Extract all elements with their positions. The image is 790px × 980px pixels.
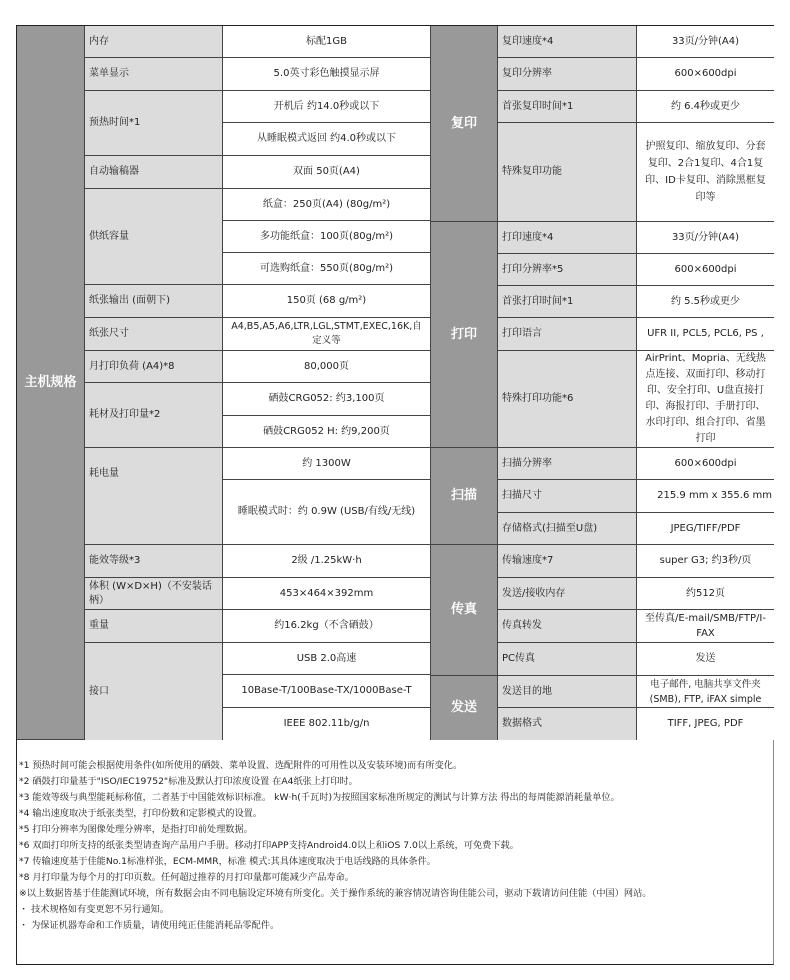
value-first-print-time: 约 5.5秒或更少 xyxy=(637,286,774,318)
footnote-5: *5 打印分辨率为图像处理分辨率，是指打印前处理数据。 xyxy=(19,822,773,838)
value-copy-resolution: 600×600dpi xyxy=(637,58,774,91)
label-copy-resolution: 复印分辨率 xyxy=(498,58,637,91)
value-print-resolution: 600×600dpi xyxy=(637,254,774,286)
category-fax: 传真 xyxy=(431,545,498,676)
label-dimensions: 体积 (W×D×H)（不安装话柄） xyxy=(85,578,223,610)
value-paper-multipurpose: 多功能纸盒：100页(80g/m²) xyxy=(223,221,431,253)
label-scan-format: 存储格式(扫描至U盘) xyxy=(498,513,637,545)
label-scan-size: 扫描尺寸 xyxy=(498,480,637,513)
label-paper-input: 供纸容量 xyxy=(85,189,223,285)
label-adf: 自动输稿器 xyxy=(85,156,223,189)
label-send-destination: 发送目的地 xyxy=(498,676,637,708)
category-send: 发送 xyxy=(431,676,498,740)
value-data-format: TIFF, JPEG, PDF xyxy=(637,708,774,740)
value-toner-standard: 硒鼓CRG052: 约3,100页 xyxy=(223,383,431,416)
label-fax-forward: 传真转发 xyxy=(498,610,637,643)
label-data-format: 数据格式 xyxy=(498,708,637,740)
value-paper-cassette: 纸盒：250页(A4) (80g/m²) xyxy=(223,189,431,221)
label-paper-output: 纸张输出 (面朝下) xyxy=(85,285,223,318)
value-pc-fax: 发送 xyxy=(637,643,774,676)
label-special-copy: 特殊复印功能 xyxy=(498,123,637,222)
value-power-max: 约 1300W xyxy=(223,448,431,480)
value-interface-usb: USB 2.0高速 xyxy=(223,643,431,675)
value-power-sleep: 睡眠模式时：约 0.9W (USB/有线/无线) xyxy=(223,480,431,545)
value-memory: 标配1GB xyxy=(223,26,431,58)
value-paper-output: 150页 (68 g/m²) xyxy=(223,285,431,318)
label-scan-resolution: 扫描分辨率 xyxy=(498,448,637,480)
value-warmup-sleep: 从睡眠模式返回 约4.0秒或以下 xyxy=(223,123,431,156)
label-interface: 接口 xyxy=(85,643,223,740)
label-copy-speed: 复印速度*4 xyxy=(498,26,637,58)
value-special-copy: 护照复印、缩放复印、分套复印、2合1复印、4合1复印、ID卡复印、消除黑框复印等 xyxy=(637,123,774,222)
value-weight: 约16.2kg（不含硒鼓） xyxy=(223,610,431,643)
category-main-spec: 主机规格 xyxy=(17,26,85,740)
value-print-language: UFR II, PCL5, PCL6, PS , xyxy=(637,318,774,351)
label-duty-cycle: 月打印负荷 (A4)*8 xyxy=(85,351,223,383)
footnote-genuine-parts: ・ 为保证机器寿命和工作质量，请使用纯正佳能消耗品零配件。 xyxy=(19,918,773,934)
footnote-4: *4 输出速度取决于纸张类型，打印份数和定影模式的设置。 xyxy=(19,806,773,822)
value-scan-resolution: 600×600dpi xyxy=(637,448,774,480)
footnote-3: *3 能效等级与典型能耗标称值，二者基于中国能效标识标准。 kW·h(千瓦时)为… xyxy=(19,790,773,806)
value-special-print: AirPrint、Mopria、无线热点连接、双面打印、移动打印、安全打印、U盘… xyxy=(637,351,774,448)
value-paper-size: A4,B5,A5,A6,LTR,LGL,STMT,EXEC,16K,自定义等 xyxy=(223,318,431,351)
footnotes: *1 预热时间可能会根据使用条件(如所使用的硒鼓、菜单设置、选配附件的可用性以及… xyxy=(16,740,774,965)
footnote-6: *6 双面打印所支持的纸张类型请查询产品用户手册。移动打印APP支持Androi… xyxy=(19,838,773,854)
label-paper-size: 纸张尺寸 xyxy=(85,318,223,351)
label-first-copy-time: 首张复印时间*1 xyxy=(498,91,637,123)
label-print-resolution: 打印分辨率*5 xyxy=(498,254,637,286)
value-interface-wireless: IEEE 802.11b/g/n xyxy=(223,708,431,740)
value-send-destination: 电子邮件, 电脑共享文件夹(SMB), FTP, iFAX simple xyxy=(637,676,774,708)
label-warmup: 预热时间*1 xyxy=(85,91,223,156)
footnote-1: *1 预热时间可能会根据使用条件(如所使用的硒鼓、菜单设置、选配附件的可用性以及… xyxy=(19,758,773,774)
value-paper-optional: 可选购纸盒：550页(80g/m²) xyxy=(223,253,431,285)
category-scan: 扫描 xyxy=(431,448,498,545)
label-special-print: 特殊打印功能*6 xyxy=(498,351,637,448)
footnote-7: *7 传输速度基于佳能No.1标准样张，ECM-MMR，标准 模式:其具体速度取… xyxy=(19,854,773,870)
value-display: 5.0英寸彩色触摸显示屏 xyxy=(223,58,431,91)
value-interface-ethernet: 10Base-T/100Base-TX/1000Base-T xyxy=(223,675,431,708)
label-first-print-time: 首张打印时间*1 xyxy=(498,286,637,318)
value-energy-class: 2级 /1.25kW·h xyxy=(223,545,431,578)
label-weight: 重量 xyxy=(85,610,223,643)
label-consumables: 耗材及打印量*2 xyxy=(85,383,223,448)
value-fax-memory: 约512页 xyxy=(637,578,774,610)
label-pc-fax: PC传真 xyxy=(498,643,637,676)
category-print: 打印 xyxy=(431,222,498,448)
value-fax-speed: super G3; 约3秒/页 xyxy=(637,545,774,578)
value-toner-high: 硒鼓CRG052 H: 约9,200页 xyxy=(223,416,431,448)
label-display: 菜单显示 xyxy=(85,58,223,91)
value-warmup-poweron: 开机后 约14.0秒或以下 xyxy=(223,91,431,123)
footnote-2: *2 硒鼓打印量基于"ISO/IEC19752"标准及默认打印浓度设置 在A4纸… xyxy=(19,774,773,790)
value-first-copy-time: 约 6.4秒或更少 xyxy=(637,91,774,123)
label-print-language: 打印语言 xyxy=(498,318,637,351)
footnote-8: *8 月打印量为每个月的打印页数。任何超过推荐的月打印量都可能减少产品寿命。 xyxy=(19,870,773,886)
value-duty-cycle: 80,000页 xyxy=(223,351,431,383)
value-scan-format: JPEG/TIFF/PDF xyxy=(637,513,774,545)
footnote-spec-change: ・ 技术规格如有变更恕不另行通知。 xyxy=(19,902,773,918)
label-fax-memory: 发送/接收内存 xyxy=(498,578,637,610)
value-dimensions: 453×464×392mm xyxy=(223,578,431,610)
label-power: 耗电量 xyxy=(85,448,223,545)
label-memory: 内存 xyxy=(85,26,223,58)
value-copy-speed: 33页/分钟(A4) xyxy=(637,26,774,58)
label-energy-class: 能效等级*3 xyxy=(85,545,223,578)
category-copy: 复印 xyxy=(431,26,498,222)
value-scan-size: 215.9 mm x 355.6 mm xyxy=(637,480,774,513)
value-adf: 双面 50页(A4) xyxy=(223,156,431,189)
value-print-speed: 33页/分钟(A4) xyxy=(637,222,774,254)
value-fax-forward: 至传真/E-mail/SMB/FTP/I-FAX xyxy=(637,610,774,643)
spec-table: 主机规格 内存 标配1GB 菜单显示 5.0英寸彩色触摸显示屏 预热时间*1 开… xyxy=(16,25,774,740)
footnote-disclaimer: ※以上数据皆基于佳能测试环境，所有数据会由不同电脑设定环境有所变化。关于操作系统… xyxy=(19,886,773,902)
label-fax-speed: 传输速度*7 xyxy=(498,545,637,578)
label-print-speed: 打印速度*4 xyxy=(498,222,637,254)
